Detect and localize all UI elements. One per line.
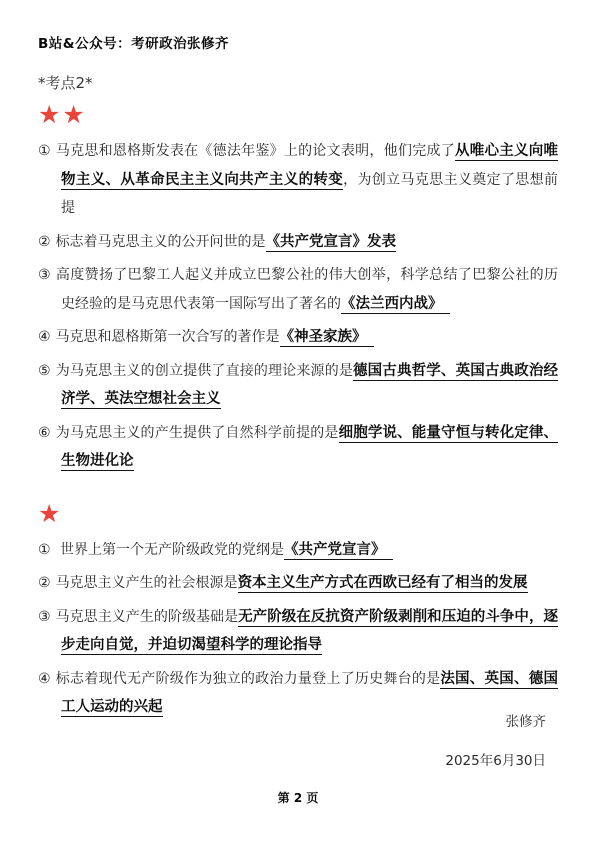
note-item: ①马克思和恩格斯发表在《德法年鉴》上的论文表明，他们完成了从唯心主义向唯物主义、… — [38, 137, 558, 223]
note-item: ②马克思主义产生的社会根源是资本主义生产方式在西欧已经有了相当的发展 — [38, 569, 558, 598]
note-item: ① 世界上第一个无产阶级政党的党纲是《共产党宣言》 — [38, 536, 558, 565]
notes-content: *考点2*★★①马克思和恩格斯发表在《德法年鉴》上的论文表明，他们完成了从唯心主… — [38, 74, 558, 727]
text-segment: 的是 — [310, 425, 338, 441]
page-header: B站&公众号：考研政治张修齐 — [38, 32, 229, 52]
item-number: ② — [38, 234, 51, 250]
item-number: ⑥ — [38, 425, 51, 441]
item-number: ① — [38, 542, 51, 558]
item-number: ④ — [38, 671, 51, 687]
text-segment: 标志着现代无产阶级作为独立的政治力量登上了历史舞台的是 — [56, 671, 441, 687]
text-segment: 标志着马克思主义的公开问世的是 — [56, 234, 266, 250]
note-item: ③高度赞扬了巴黎工人起义并成立巴黎公社的伟大创举，科学总结了巴黎公社的历史经验的… — [38, 261, 558, 318]
section-title: *考点2* — [38, 74, 558, 93]
note-item: ④标志着现代无产阶级作为独立的政治力量登上了历史舞台的是法国、英国、德国工人运动… — [38, 665, 558, 722]
text-segment: 高度赞扬了巴黎工人起义并成立巴黎公社的伟大创举，科学总结了巴黎公社的历史经验的是… — [56, 267, 558, 312]
note-item: ⑥为马克思主义的产生提供了自然科学前提的是细胞学说、能量守恒与转化定律、生物进化… — [38, 419, 558, 476]
note-item: ④马克思和恩格斯第一次合写的著作是《神圣家族》 — [38, 323, 558, 352]
note-item: ⑤为马克思主义的创立提供了直接的理论来源的是德国古典哲学、英国古典政治经济学、英… — [38, 357, 558, 414]
item-number: ④ — [38, 329, 51, 345]
star-rating-icon: ★ — [38, 498, 558, 529]
item-number: ③ — [38, 267, 51, 283]
key-point-text: 《法兰西内战》 — [341, 296, 450, 314]
note-item: ②标志着马克思主义的公开问世的是《共产党宣言》发表 — [38, 228, 558, 257]
star-rating-icon: ★★ — [38, 99, 558, 130]
note-section: ★① 世界上第一个无产阶级政党的党纲是《共产党宣言》 ②马克思主义产生的社会根源… — [38, 498, 558, 722]
text-segment: 马克思和恩格斯发表在《德法年鉴》上的论文表明，他们完成了 — [56, 143, 455, 159]
text-segment: 自然科学前提 — [225, 425, 310, 441]
note-item: ③马克思主义产生的阶级基础是无产阶级在反抗资产阶级剥削和压迫的斗争中，逐步走向自… — [38, 603, 558, 660]
footer-author: 张修齐 — [506, 710, 547, 730]
item-number: ① — [38, 143, 51, 159]
text-segment: 为马克思主义的创立提供了 — [56, 363, 226, 379]
text-segment: 世界上第一个无产阶级政党的党纲是 — [56, 542, 284, 558]
item-number: ⑤ — [38, 363, 51, 379]
item-number: ③ — [38, 609, 51, 625]
document-page: B站&公众号：考研政治张修齐 *考点2*★★①马克思和恩格斯发表在《德法年鉴》上… — [0, 0, 596, 842]
key-point-text: 《共产党宣言》发表 — [266, 234, 397, 252]
text-segment: 直接的理论来源 — [226, 363, 325, 379]
text-segment: 马克思主义产生的社会根源是 — [56, 575, 238, 591]
footer-date: 2025年6月30日 — [445, 749, 546, 769]
item-number: ② — [38, 575, 51, 591]
key-point-text: 《共产党宣言》 — [284, 542, 393, 560]
key-point-text: 资本主义生产方式在西欧已经有了相当的发展 — [238, 575, 528, 593]
note-section: *考点2*★★①马克思和恩格斯发表在《德法年鉴》上的论文表明，他们完成了从唯心主… — [38, 74, 558, 476]
key-point-text: 《神圣家族》 — [280, 329, 374, 347]
text-segment: 的是 — [325, 363, 353, 379]
text-segment: 马克思主义产生的阶级基础是 — [56, 609, 239, 625]
page-number: 第 2 页 — [0, 789, 596, 806]
text-segment: 马克思和恩格斯第一次合写的著作是 — [56, 329, 280, 345]
text-segment: 为马克思主义的产生提供了 — [56, 425, 226, 441]
